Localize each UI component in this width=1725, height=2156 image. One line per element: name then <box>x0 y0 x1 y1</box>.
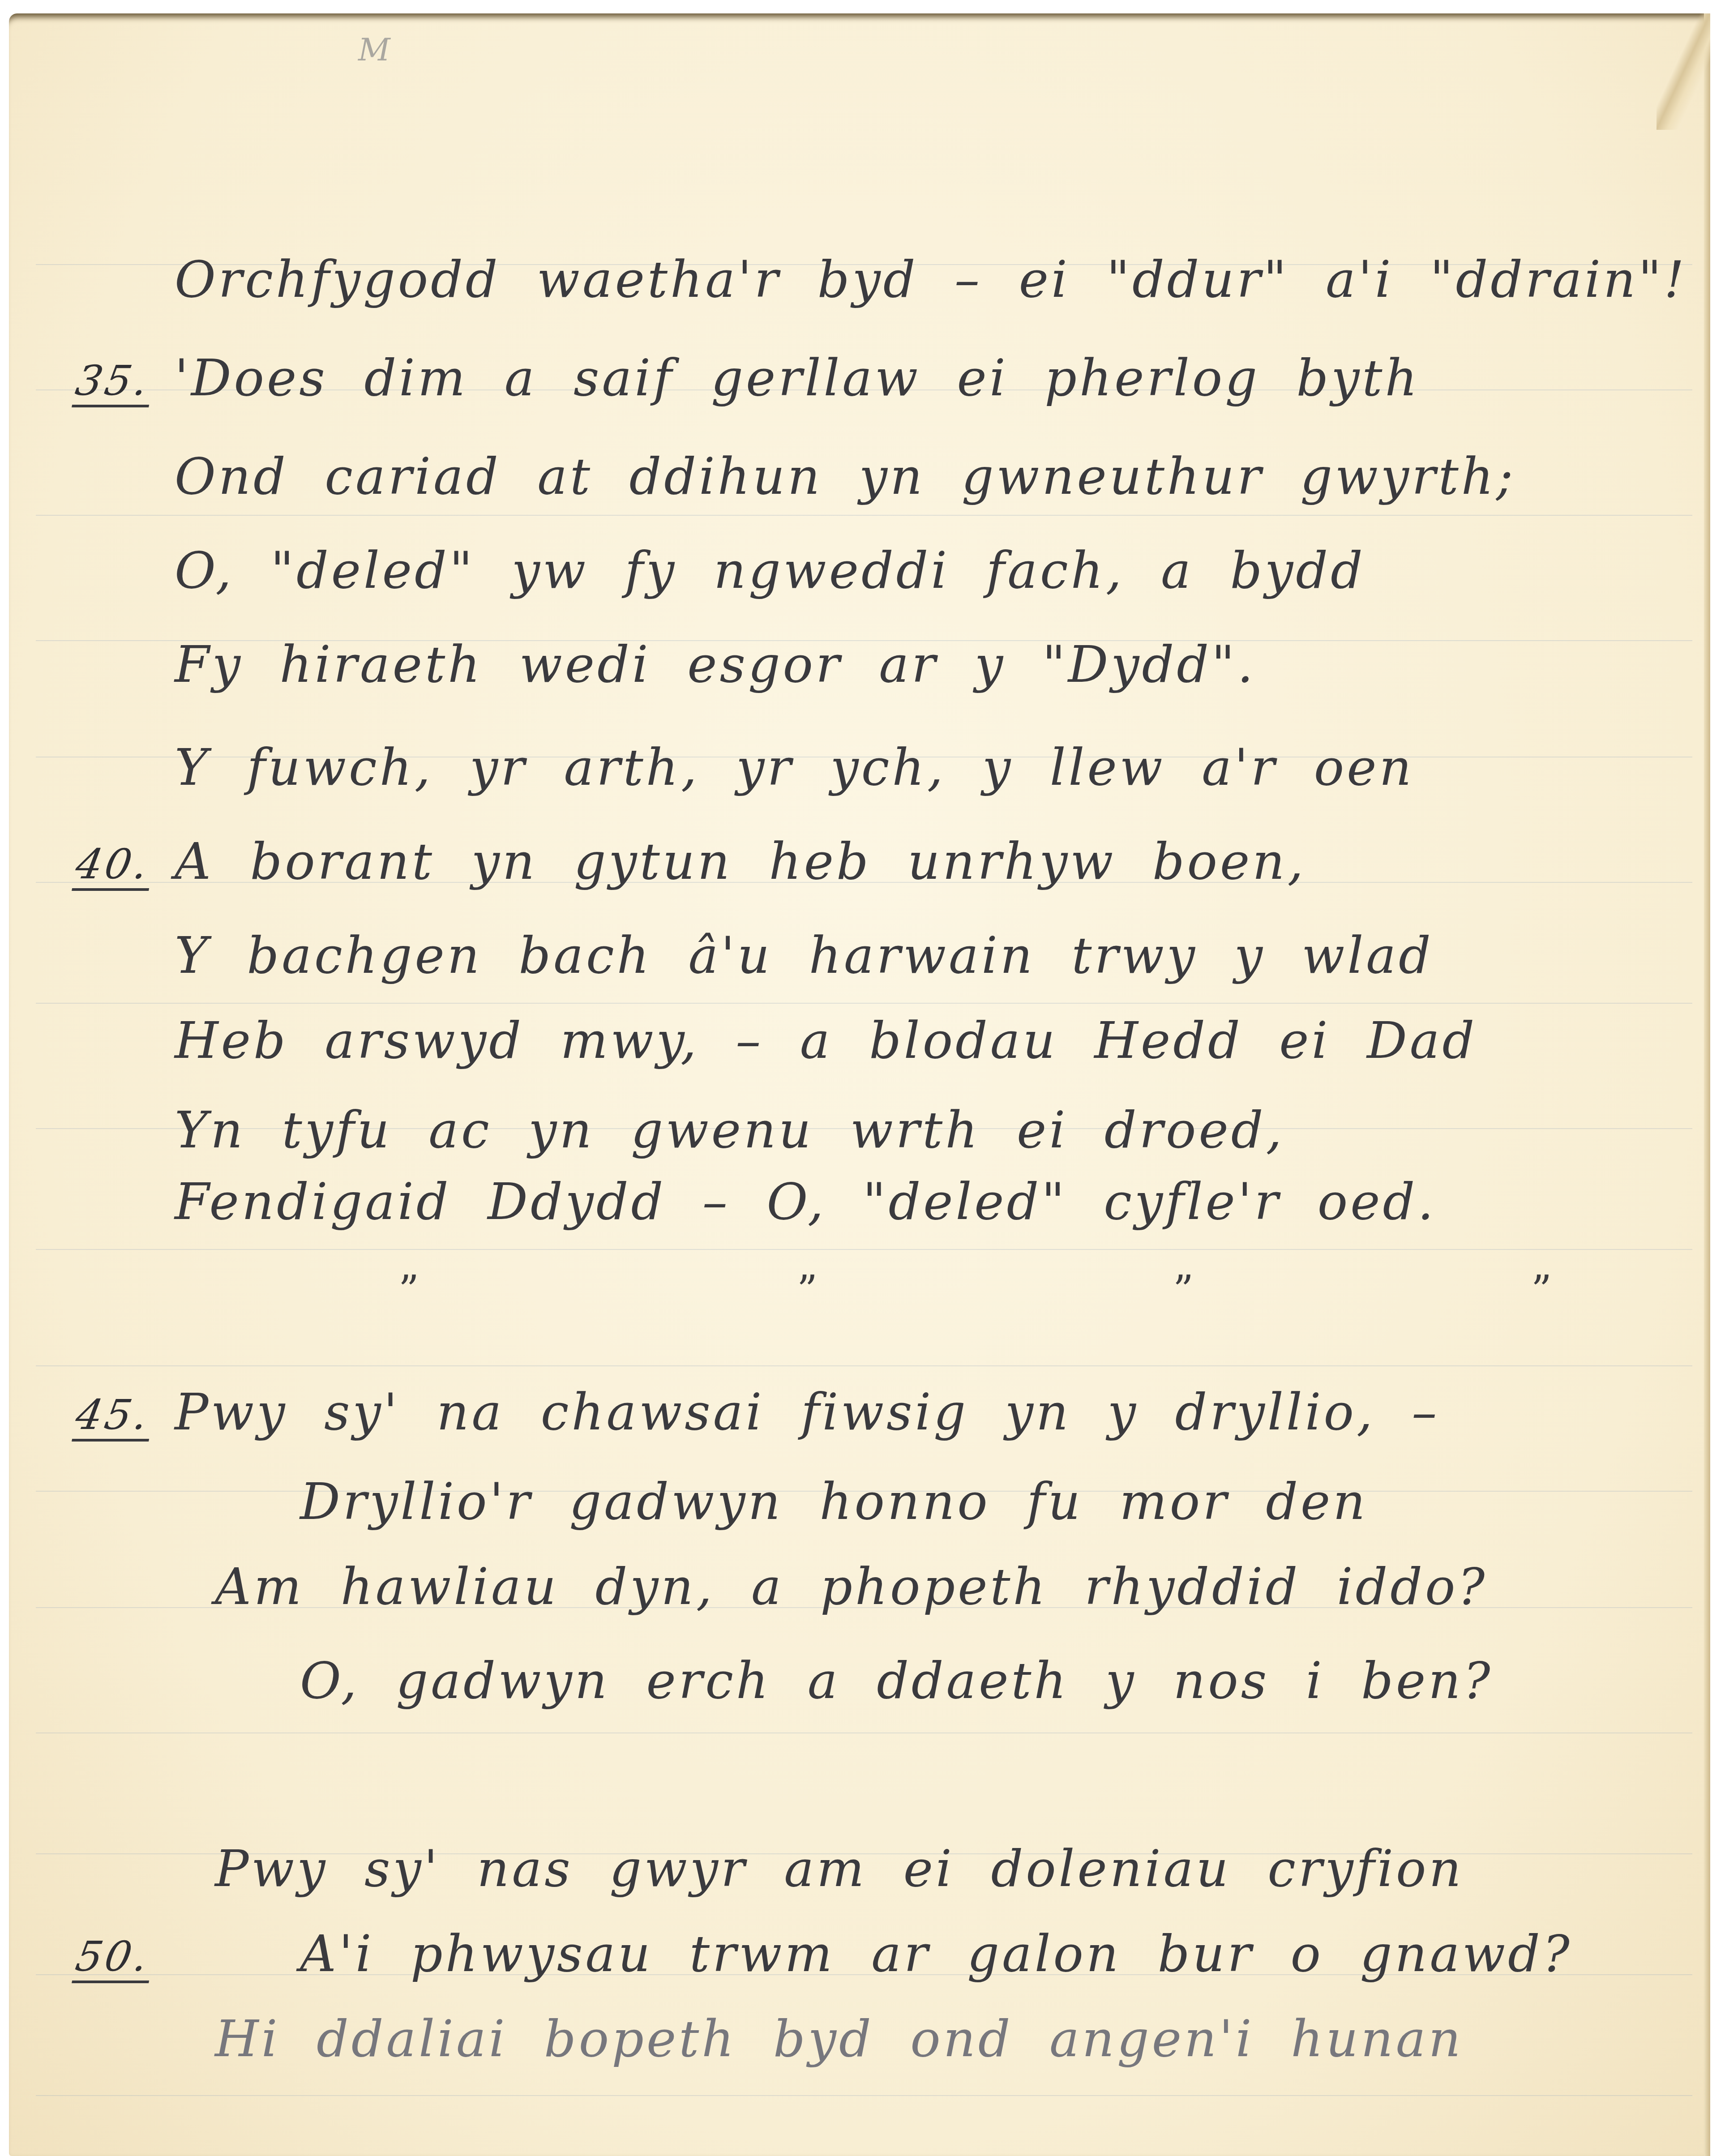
line-text: Orchfygodd waetha'r byd – ei "ddur" a'i … <box>175 251 1687 309</box>
line-text: Am hawliau dyn, a phopeth rhyddid iddo? <box>215 1558 1487 1616</box>
poem-line: Hi ddaliai bopeth byd ond angen'i hunan <box>9 1997 1710 2086</box>
ditto-mark: ” <box>1173 1267 1194 1314</box>
poem-line: Am hawliau dyn, a phopeth rhyddid iddo? <box>9 1544 1710 1634</box>
ditto-mark: ” <box>797 1267 818 1314</box>
ruled-line <box>36 1732 1692 1733</box>
poem-line: 35. 'Does dim a saif gerllaw ei pherlog … <box>9 336 1710 425</box>
line-text: Pwy sy' na chawsai fiwsig yn y dryllio, … <box>175 1383 1439 1442</box>
line-text: Pwy sy' nas gwyr am ei doleniau cryfion <box>215 1840 1464 1898</box>
poem-line: O, "deled" yw fy ngweddi fach, a bydd <box>9 528 1710 618</box>
poem-line: Ond cariad at ddihun yn gwneuthur gwyrth… <box>9 434 1710 524</box>
poem-line: Pwy sy' nas gwyr am ei doleniau cryfion <box>9 1827 1710 1916</box>
line-text: Hi ddaliai bopeth byd ond angen'i hunan <box>215 2010 1464 2068</box>
ditto-mark: ” <box>398 1267 419 1314</box>
line-text: O, "deled" yw fy ngweddi fach, a bydd <box>175 542 1365 600</box>
ruled-line <box>36 2095 1692 2096</box>
poem-line: Y bachgen bach â'u harwain trwy y wlad <box>9 913 1710 1003</box>
line-text: Fendigaid Ddydd – O, "deled" cyfle'r oed… <box>175 1173 1436 1231</box>
ditto-marks-row: ” ” ” ” <box>9 1267 1710 1312</box>
poem-line: Fy hiraeth wedi esgor ar y "Dydd". <box>9 622 1710 712</box>
line-number: 45. <box>72 1391 158 1442</box>
manuscript-page: M Orchfygodd waetha'r byd – ei "ddur" a'… <box>9 13 1710 2156</box>
poem-line: Orchfygodd waetha'r byd – ei "ddur" a'i … <box>9 237 1710 327</box>
line-text: 'Does dim a saif gerllaw ei pherlog byth <box>175 349 1420 407</box>
poem-line: 45. Pwy sy' na chawsai fiwsig yn y dryll… <box>9 1370 1710 1459</box>
stray-pencil-mark: M <box>358 31 390 68</box>
line-text: Dryllio'r gadwyn honno fu mor den <box>300 1473 1368 1531</box>
poem-line: Heb arswyd mwy, – a blodau Hedd ei Dad <box>9 998 1710 1088</box>
line-text: Heb arswyd mwy, – a blodau Hedd ei Dad <box>175 1012 1477 1070</box>
line-text: A'i phwysau trwm ar galon bur o gnawd? <box>300 1925 1572 1983</box>
ruled-line <box>36 1365 1692 1366</box>
ditto-mark: ” <box>1531 1267 1552 1314</box>
folded-corner <box>1657 13 1710 130</box>
line-number: 40. <box>72 840 158 891</box>
poem-line: Dryllio'r gadwyn honno fu mor den <box>9 1459 1710 1549</box>
line-text: Yn tyfu ac yn gwenu wrth ei droed, <box>175 1101 1284 1159</box>
line-text: Y bachgen bach â'u harwain trwy y wlad <box>175 927 1434 985</box>
line-text: Fy hiraeth wedi esgor ar y "Dydd". <box>175 636 1256 694</box>
line-number: 35. <box>72 357 158 407</box>
poem-line: Fendigaid Ddydd – O, "deled" cyfle'r oed… <box>9 1159 1710 1249</box>
poem-line: 40. A borant yn gytun heb unrhyw boen, <box>9 819 1710 909</box>
line-text: Ond cariad at ddihun yn gwneuthur gwyrth… <box>175 448 1516 506</box>
ruled-line <box>36 1249 1692 1250</box>
line-text: Y fuwch, yr arth, yr ych, y llew a'r oen <box>175 739 1414 797</box>
poem-line: Y fuwch, yr arth, yr ych, y llew a'r oen <box>9 725 1710 815</box>
line-number: 50. <box>72 1933 158 1983</box>
poem-line: O, gadwyn erch a ddaeth y nos i ben? <box>9 1638 1710 1728</box>
line-text: A borant yn gytun heb unrhyw boen, <box>175 833 1306 891</box>
poem-line: 50. A'i phwysau trwm ar galon bur o gnaw… <box>9 1912 1710 2001</box>
line-text: O, gadwyn erch a ddaeth y nos i ben? <box>300 1652 1493 1710</box>
